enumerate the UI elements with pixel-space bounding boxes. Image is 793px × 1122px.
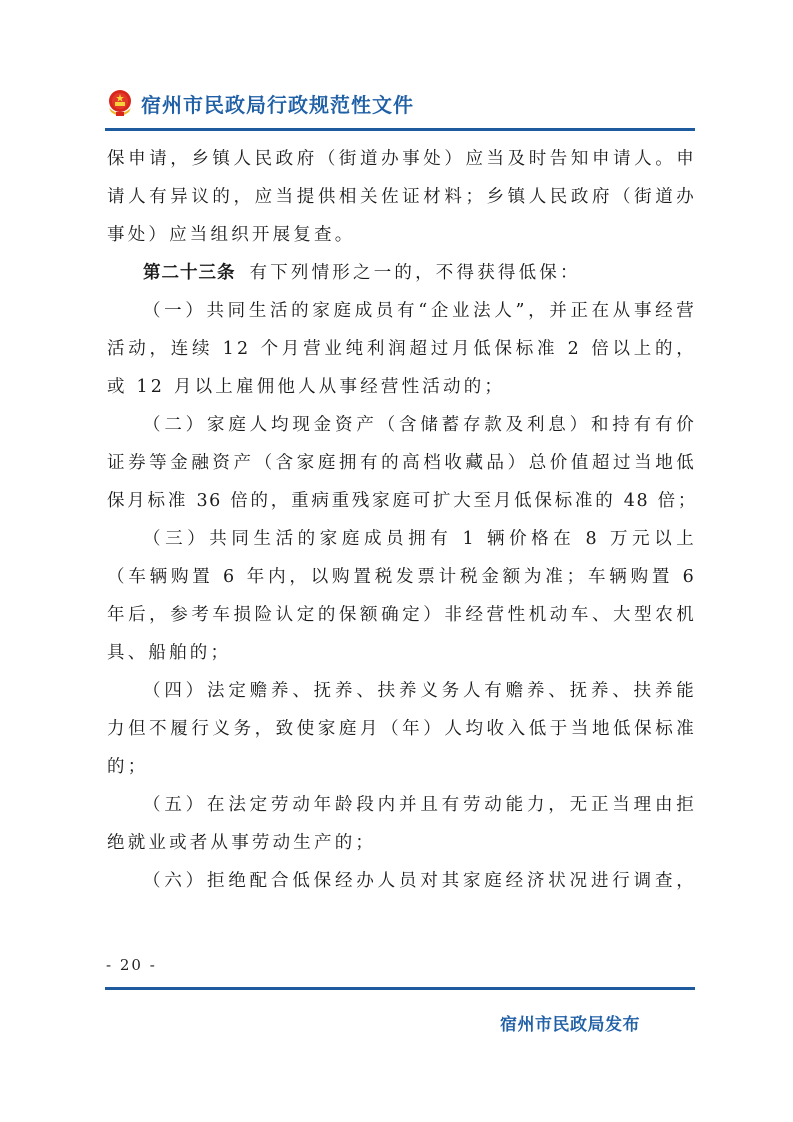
item-4-line: 的； xyxy=(107,748,697,786)
item-2-line: 保月标准 36 倍的，重病重残家庭可扩大至月低保标准的 48 倍； xyxy=(107,482,697,520)
item-1-line: 活动，连续 12 个月营业纯利润超过月低保标准 2 倍以上的， xyxy=(107,330,697,368)
item-3-line: 具、船舶的； xyxy=(107,634,697,672)
footer-divider xyxy=(105,987,695,990)
document-header: 宿州市民政局行政规范性文件 xyxy=(105,86,414,120)
document-body: 保申请，乡镇人民政府（街道办事处）应当及时告知申请人。申 请人有异议的，应当提供… xyxy=(107,140,697,900)
paragraph-line: 事处）应当组织开展复查。 xyxy=(107,216,697,254)
item-4-line: （四）法定赡养、抚养、扶养义务人有赡养、抚养、扶养能 xyxy=(107,672,697,710)
item-4-line: 力但不履行义务，致使家庭月（年）人均收入低于当地低保标准 xyxy=(107,710,697,748)
national-emblem-icon xyxy=(105,88,135,118)
item-5-line: 绝就业或者从事劳动生产的； xyxy=(107,824,697,862)
page-number: - 20 - xyxy=(106,956,157,974)
item-3-line: 年后，参考车损险认定的保额确定）非经营性机动车、大型农机 xyxy=(107,596,697,634)
publisher-label: 宿州市民政局发布 xyxy=(500,1010,640,1035)
item-3-line: （车辆购置 6 年内，以购置税发票计税金额为准；车辆购置 6 xyxy=(107,558,697,596)
paragraph-line: 请人有异议的，应当提供相关佐证材料；乡镇人民政府（街道办 xyxy=(107,178,697,216)
document-series-title: 宿州市民政局行政规范性文件 xyxy=(141,89,414,118)
item-2-line: 证券等金融资产（含家庭拥有的高档收藏品）总价值超过当地低 xyxy=(107,444,697,482)
item-1-line: （一）共同生活的家庭成员有“企业法人”，并正在从事经营 xyxy=(107,292,697,330)
paragraph-line: 保申请，乡镇人民政府（街道办事处）应当及时告知申请人。申 xyxy=(107,140,697,178)
item-2-line: （二）家庭人均现金资产（含储蓄存款及利息）和持有有价 xyxy=(107,406,697,444)
article-intro: 有下列情形之一的，不得获得低保： xyxy=(250,263,581,283)
article-heading: 第二十三条 xyxy=(143,263,236,283)
header-divider xyxy=(105,128,695,131)
item-1-line: 或 12 月以上雇佣他人从事经营性活动的； xyxy=(107,368,697,406)
item-5-line: （五）在法定劳动年龄段内并且有劳动能力，无正当理由拒 xyxy=(107,786,697,824)
item-6-line: （六）拒绝配合低保经办人员对其家庭经济状况进行调查， xyxy=(107,862,697,900)
article-23: 第二十三条有下列情形之一的，不得获得低保： xyxy=(107,254,697,292)
item-3-line: （三）共同生活的家庭成员拥有 1 辆价格在 8 万元以上 xyxy=(107,520,697,558)
